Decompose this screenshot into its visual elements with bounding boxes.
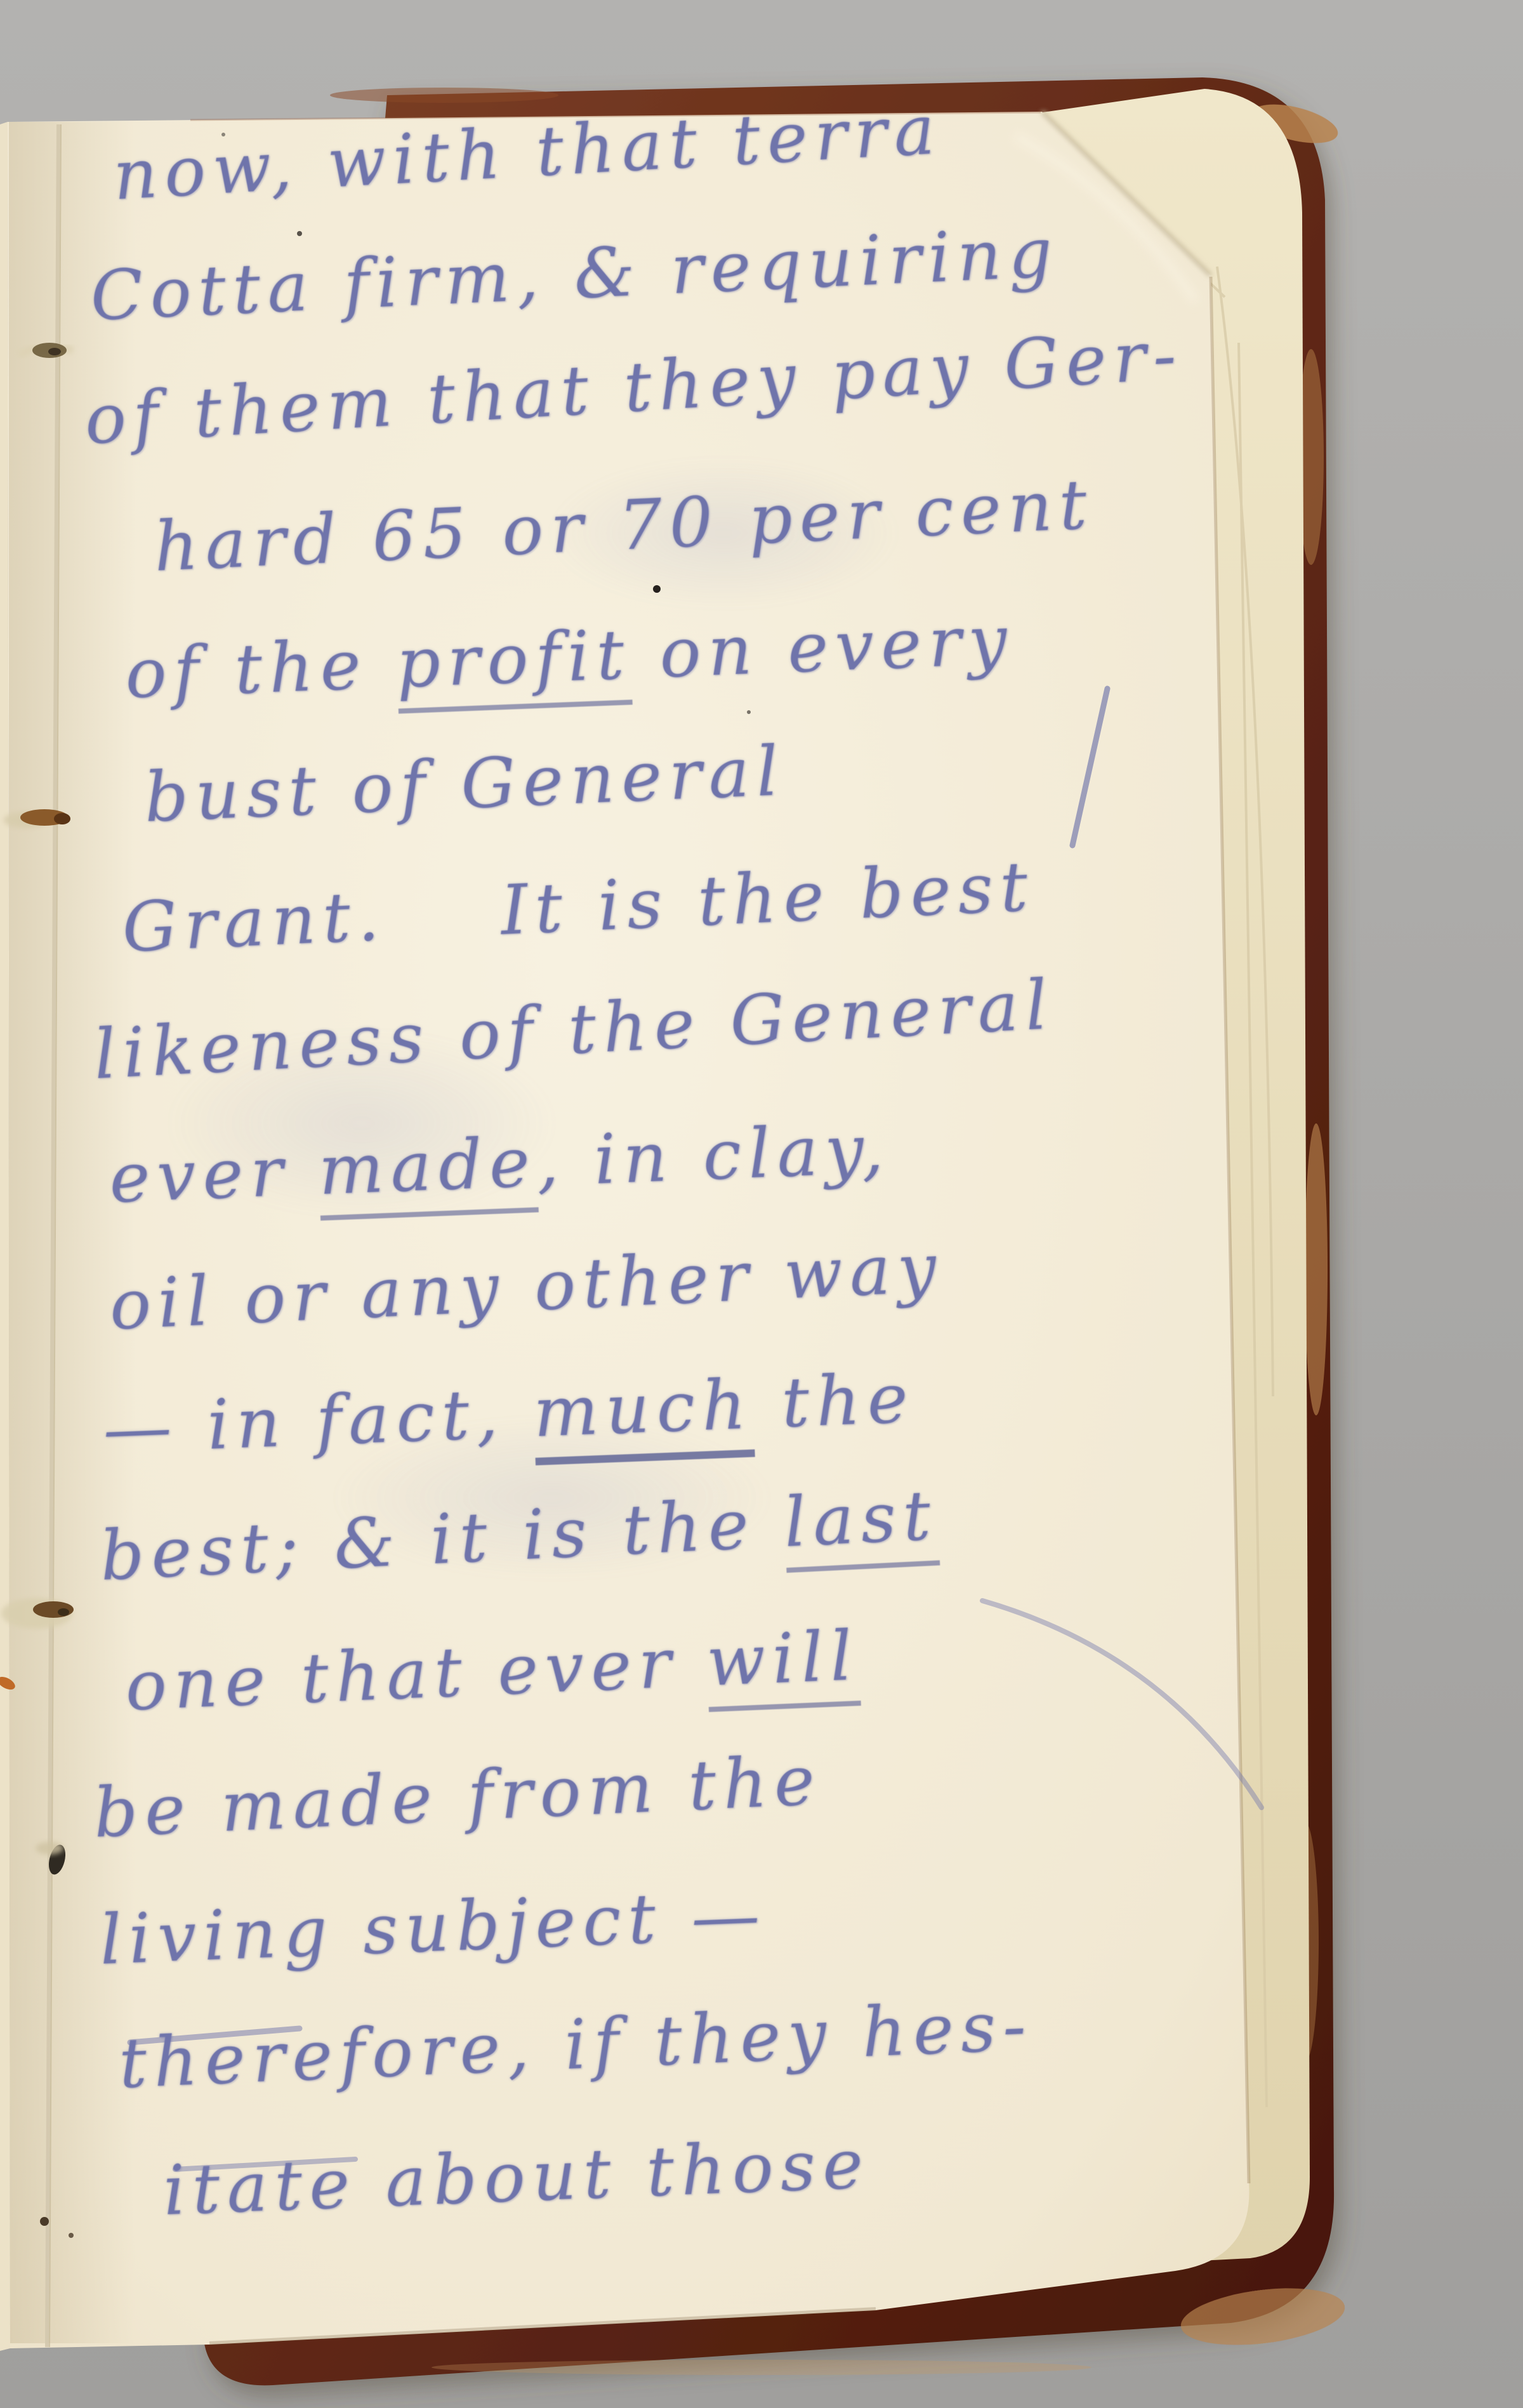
underlined-word: profit [395,615,633,713]
underlined-word: last [782,1476,940,1573]
handwriting-text: on every [630,600,1015,694]
underlined-word: made [317,1123,539,1221]
handwriting-text: ever [108,1131,320,1219]
notebook-photo: now, with that terraCotta firm, & requir… [0,0,1523,2408]
handwriting-text: , in clay, [535,1109,892,1202]
handwriting-text: the [751,1359,916,1445]
underlined-word: will [705,1617,861,1712]
handwriting-text: of the [124,625,398,714]
underlined-word: much [532,1365,755,1465]
handwriting-text: — in fact, [102,1373,535,1469]
